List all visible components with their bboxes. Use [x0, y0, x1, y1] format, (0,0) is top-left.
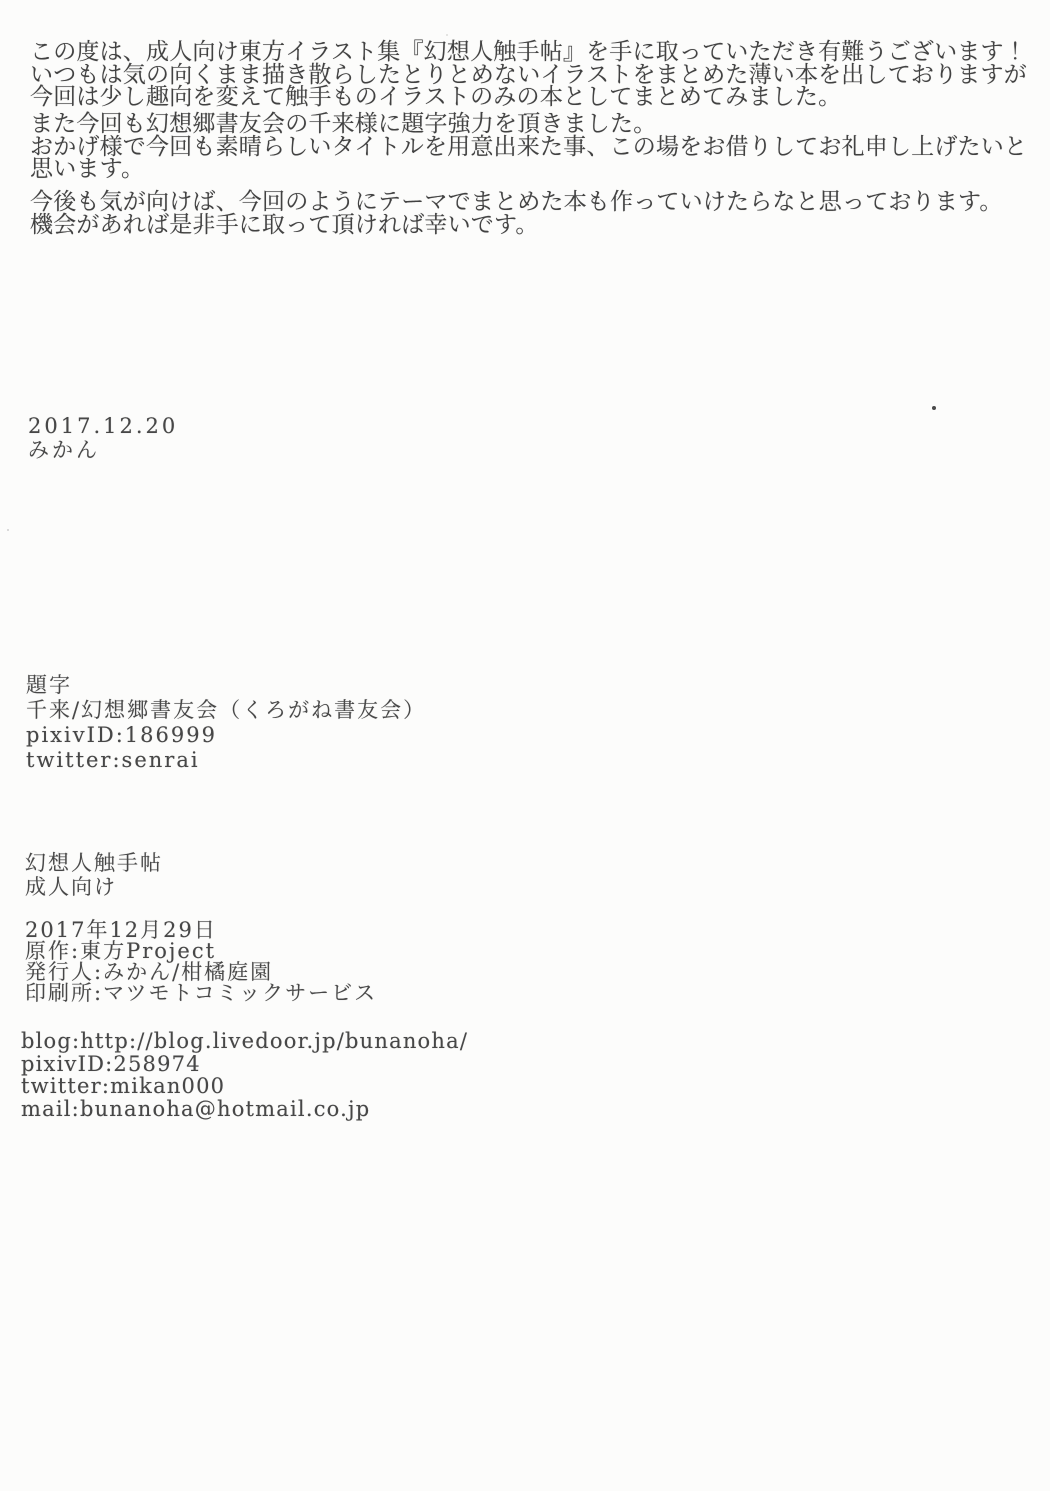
signature-name: みかん	[28, 438, 178, 462]
signature-block: 2017.12.20 みかん	[28, 414, 178, 462]
scan-speck	[7, 529, 9, 531]
credit-heading: 題字	[26, 673, 426, 698]
afterword-line: 今後も気が向けば、今回のようにテーマでまとめた本も作っていけたらなと思っておりま…	[30, 191, 1003, 214]
afterword-line: おかげ様で今回も素晴らしいタイトルを用意出来た事、この場をお借りしてお礼申し上げ…	[30, 136, 1027, 159]
afterword-line: 機会があれば是非手に取って頂ければ幸いです。	[30, 214, 1003, 237]
title-calligraphy-credit: 題字 千来/幻想郷書友会（くろがね書友会） pixivID:186999 twi…	[26, 673, 426, 773]
scan-speck	[932, 406, 936, 410]
contact-mail: mail:bunanoha@hotmail.co.jp	[21, 1098, 468, 1121]
afterword-paragraph-3: 今後も気が向けば、今回のようにテーマでまとめた本も作っていけたらなと思っておりま…	[30, 191, 1003, 236]
credit-twitter-id: twitter:senrai	[26, 748, 426, 773]
book-title: 幻想人触手帖	[25, 851, 163, 875]
scan-speck	[446, 34, 448, 36]
scanned-afterword-page: この度は、成人向け東方イラスト集『幻想人触手帖』を手に取っていただき有難うござい…	[0, 0, 1050, 1491]
book-rating: 成人向け	[25, 875, 163, 899]
signature-date: 2017.12.20	[28, 414, 178, 438]
credit-artist: 千来/幻想郷書友会（くろがね書友会）	[26, 698, 426, 723]
afterword-line: 思います。	[30, 158, 1027, 181]
afterword-paragraph-1: この度は、成人向け東方イラスト集『幻想人触手帖』を手に取っていただき有難うござい…	[30, 41, 1027, 109]
publisher: 発行人:みかん/柑橘庭園	[25, 962, 377, 983]
original-work: 原作:東方Project	[25, 941, 377, 962]
afterword-paragraph-2: また今回も幻想郷書友会の千来様に題字強力を頂きました。 おかげ様で今回も素晴らし…	[30, 113, 1027, 181]
printer: 印刷所:マツモトコミックサービス	[25, 983, 377, 1004]
contact-pixiv-id: pixivID:258974	[21, 1053, 468, 1076]
publication-date: 2017年12月29日	[25, 920, 377, 941]
afterword-line: この度は、成人向け東方イラスト集『幻想人触手帖』を手に取っていただき有難うござい…	[30, 41, 1027, 64]
publication-info: 2017年12月29日 原作:東方Project 発行人:みかん/柑橘庭園 印刷…	[25, 920, 377, 1004]
afterword-line: いつもは気の向くまま描き散らしたとりとめないイラストをまとめた薄い本を出しており…	[30, 64, 1027, 87]
afterword-line: 今回は少し趣向を変えて触手ものイラストのみの本としてまとめてみました。	[30, 86, 1027, 109]
afterword-line: また今回も幻想郷書友会の千来様に題字強力を頂きました。	[30, 113, 1027, 136]
contact-blog: blog:http://blog.livedoor.jp/bunanoha/	[21, 1030, 468, 1053]
contact-info: blog:http://blog.livedoor.jp/bunanoha/ p…	[21, 1030, 468, 1120]
contact-twitter-id: twitter:mikan000	[21, 1075, 468, 1098]
book-title-block: 幻想人触手帖 成人向け	[25, 851, 163, 899]
credit-pixiv-id: pixivID:186999	[26, 723, 426, 748]
